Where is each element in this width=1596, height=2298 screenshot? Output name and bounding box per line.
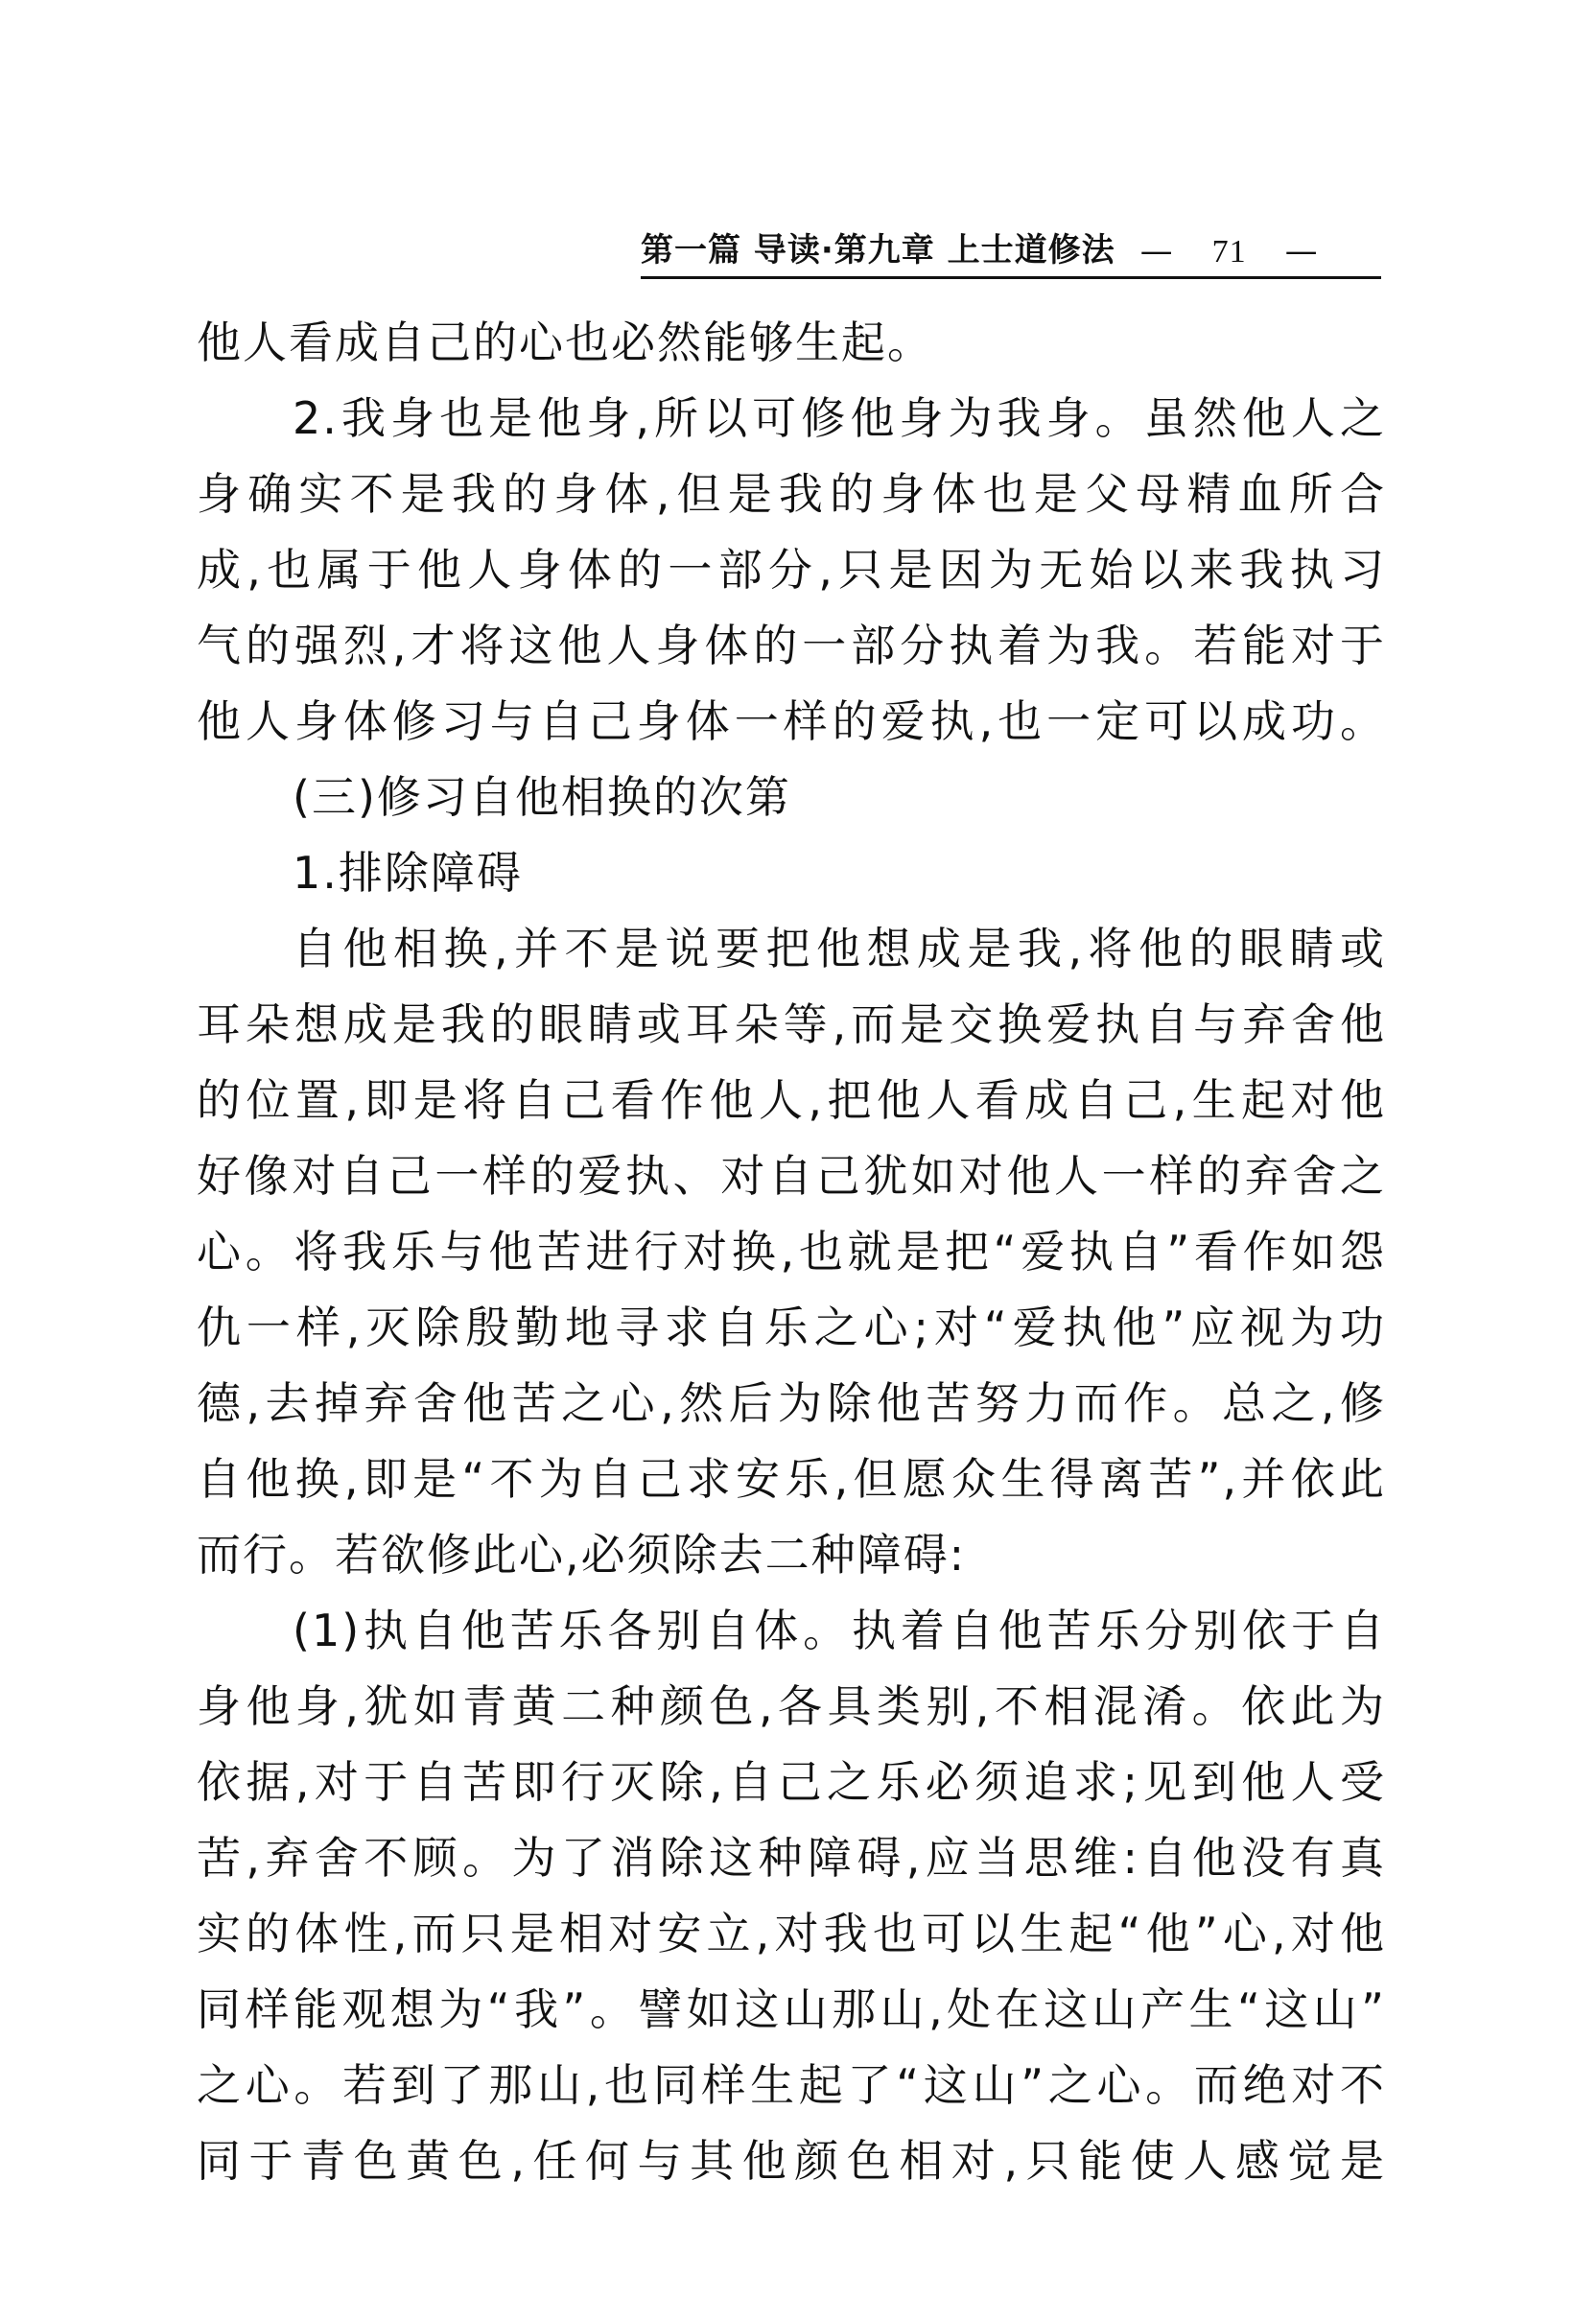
- text-line: 同样能观想为“我”。譬如这山那山,处在这山产生“这山”: [197, 1972, 1386, 2048]
- text-line: 身确实不是我的身体,但是我的身体也是父母精血所合: [197, 457, 1386, 532]
- text-line: 同于青色黄色,任何与其他颜色相对,只能使人感觉是: [197, 2123, 1386, 2199]
- text-line: 的位置,即是将自己看作他人,把他人看成自己,生起对他: [197, 1063, 1386, 1138]
- text-line: 自他相换,并不是说要把他想成是我,将他的眼睛或: [197, 911, 1386, 987]
- text-line: 他人身体修习与自己身体一样的爱执,也一定可以成功。: [197, 684, 1386, 760]
- text-line: 好像对自己一样的爱执、对自己犹如对他人一样的弃舍之: [197, 1138, 1386, 1214]
- text-line: (1)执自他苦乐各别自体。执着自他苦乐分别依于自: [197, 1593, 1386, 1669]
- page-number-dash-left: —: [1140, 232, 1174, 276]
- text-line: 实的体性,而只是相对安立,对我也可以生起“他”心,对他: [197, 1896, 1386, 1972]
- text-line: 他人看成自己的心也必然能够生起。: [197, 305, 1386, 381]
- text-line: 成,也属于他人身体的一部分,只是因为无始以来我执习: [197, 532, 1386, 608]
- running-header: 第一篇 导读·第九章 上士道修法 — 71 —: [641, 226, 1381, 279]
- text-line: 苦,弃舍不顾。为了消除这种障碍,应当思维:自他没有真: [197, 1820, 1386, 1896]
- page-number-dash-right: —: [1285, 232, 1319, 276]
- text-line: 德,去掉弃舍他苦之心,然后为除他苦努力而作。总之,修: [197, 1366, 1386, 1442]
- text-line: 耳朵想成是我的眼睛或耳朵等,而是交换爱执自与弃舍他: [197, 987, 1386, 1063]
- subsection-heading: 1.排除障碍: [197, 835, 1386, 911]
- text-line: 依据,对于自苦即行灭除,自己之乐必须追求;见到他人受: [197, 1745, 1386, 1820]
- text-line: 而行。若欲修此心,必须除去二种障碍:: [197, 1517, 1386, 1593]
- running-title: 第一篇 导读·第九章 上士道修法: [641, 223, 1115, 276]
- text-line: 自他换,即是“不为自己求安乐,但愿众生得离苦”,并依此: [197, 1442, 1386, 1517]
- text-line: 身他身,犹如青黄二种颜色,各具类别,不相混淆。依此为: [197, 1669, 1386, 1745]
- text-line: 之心。若到了那山,也同样生起了“这山”之心。而绝对不: [197, 2048, 1386, 2123]
- page-number: 71: [1212, 234, 1247, 276]
- text-line: 气的强烈,才将这他人身体的一部分执着为我。若能对于: [197, 608, 1386, 684]
- text-line: 2.我身也是他身,所以可修他身为我身。虽然他人之: [197, 381, 1386, 457]
- text-line: 心。将我乐与他苦进行对换,也就是把“爱执自”看作如怨: [197, 1214, 1386, 1290]
- body-text: 他人看成自己的心也必然能够生起。 2.我身也是他身,所以可修他身为我身。虽然他人…: [197, 305, 1386, 2199]
- section-heading: (三)修习自他相换的次第: [197, 760, 1386, 835]
- text-line: 仇一样,灭除殷勤地寻求自乐之心;对“爱执他”应视为功: [197, 1290, 1386, 1366]
